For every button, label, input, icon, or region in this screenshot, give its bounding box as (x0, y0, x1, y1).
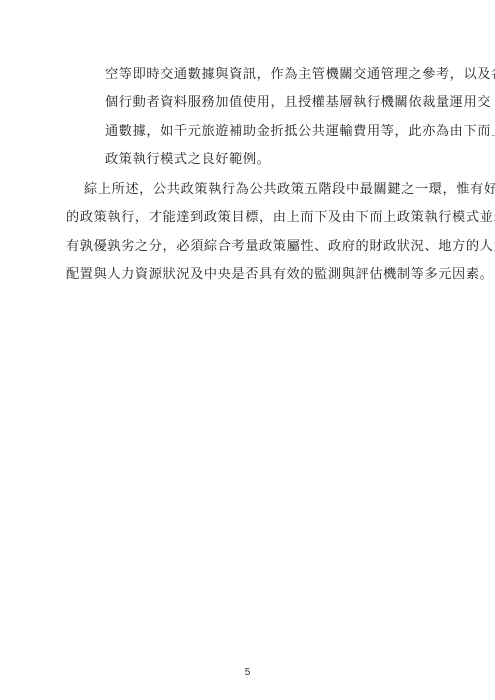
text-line: 有孰優孰劣之分，必須綜合考量政策屬性、政府的財政狀況、地方的人力 (66, 239, 495, 255)
text-line: 個行動者資料服務加值使用，且授權基層執行機關依裁量運用交 (105, 95, 491, 111)
document-page: 空等即時交通數據與資訊，作為主管機關交通管理之參考，以及各 個行動者資料服務加值… (0, 0, 495, 700)
text-line: 政策執行模式之良好範例。 (105, 152, 270, 168)
text-line: 配置與人力資源狀況及中央是否具有效的監測與評估機制等多元因素。 (66, 267, 493, 283)
text-line: 通數據，如千元旅遊補助金折抵公共運輸費用等，此亦為由下而上 (105, 124, 495, 140)
page-number: 5 (0, 667, 495, 678)
text-line: 空等即時交通數據與資訊，作為主管機關交通管理之參考，以及各 (105, 67, 495, 83)
text-line: 綜上所述，公共政策執行為公共政策五階段中最關鍵之一環，惟有好 (84, 182, 495, 198)
text-line: 的政策執行，才能達到政策目標，由上而下及由下而上政策執行模式並未 (66, 210, 495, 226)
